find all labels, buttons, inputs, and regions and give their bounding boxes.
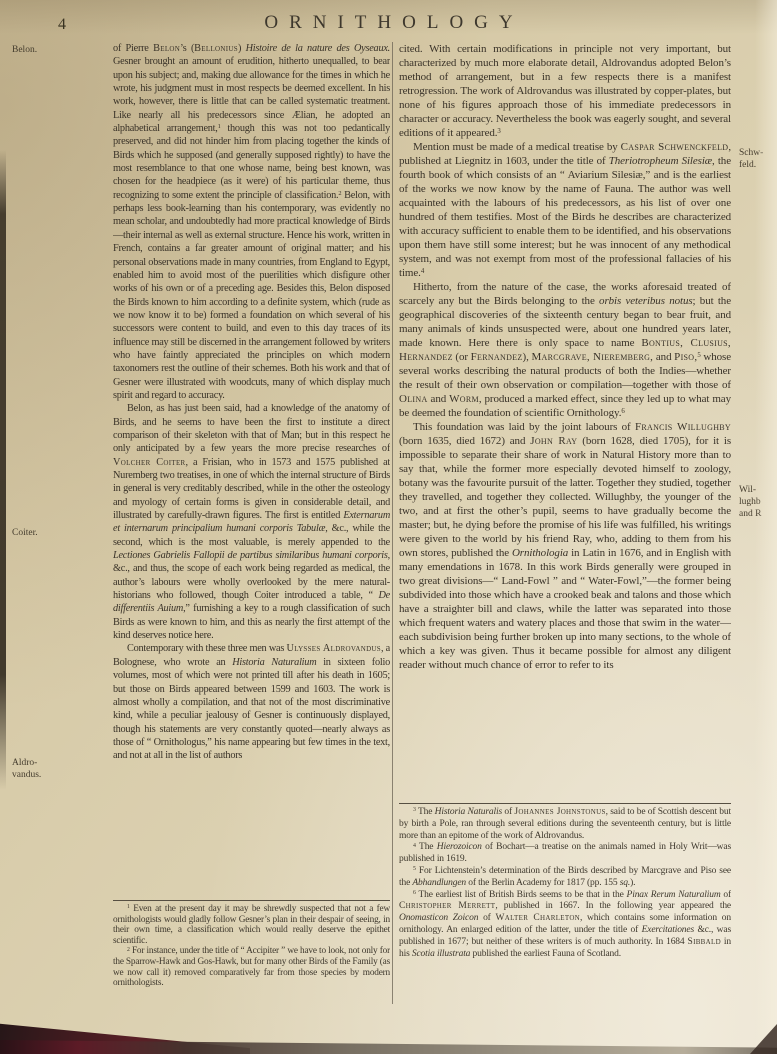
- margin-note-aldrovandus: Aldro- vandus.: [12, 757, 41, 781]
- scanned-book-page: 4 ORNITHOLOGY Belon. Coiter. Aldro- vand…: [0, 0, 777, 1054]
- text-column-left: of Pierre Belon’s (Bellonius) Histoire d…: [113, 42, 390, 898]
- footnote: 1 Even at the present day it may be shre…: [113, 904, 390, 946]
- footnotes-right: 3 The Historia Naturalis of Johannes Joh…: [399, 803, 731, 1005]
- body-paragraph: This foundation was laid by the joint la…: [399, 420, 731, 672]
- footnotes-left: 1 Even at the present day it may be shre…: [113, 900, 390, 994]
- page-gutter-shadow: [0, 150, 6, 790]
- body-paragraph: Hitherto, from the nature of the case, t…: [399, 280, 731, 420]
- margin-note-coiter: Coiter.: [12, 527, 38, 539]
- footnote: 4 The Hierozoicon of Bochart—a treatise …: [399, 842, 731, 866]
- body-paragraph: Mention must be made of a medical treati…: [399, 140, 731, 280]
- body-paragraph: cited. With certain modifications in pri…: [399, 42, 731, 140]
- footnote: 5 For Lichtenstein’s determination of th…: [399, 866, 731, 890]
- footnote: 2 For instance, under the title of “ Acc…: [113, 946, 390, 988]
- page-bottom-edge: [0, 1040, 777, 1054]
- body-paragraph: Belon, as has just been said, had a know…: [113, 402, 390, 642]
- running-title: ORNITHOLOGY: [0, 12, 777, 34]
- margin-note-belon: Belon.: [12, 44, 37, 56]
- margin-note-schwenckfeld: Schw- feld.: [739, 147, 777, 171]
- body-paragraph: of Pierre Belon’s (Bellonius) Histoire d…: [113, 42, 390, 402]
- column-divider-rule: [392, 42, 393, 1004]
- body-paragraph: Contemporary with these three men was Ul…: [113, 642, 390, 762]
- footnote: 3 The Historia Naturalis of Johannes Joh…: [399, 807, 731, 842]
- footnote: 6 The earliest list of British Birds see…: [399, 890, 731, 961]
- margin-note-willughby: Wil- lughb and R: [739, 484, 777, 520]
- text-column-right: cited. With certain modifications in pri…: [399, 42, 731, 798]
